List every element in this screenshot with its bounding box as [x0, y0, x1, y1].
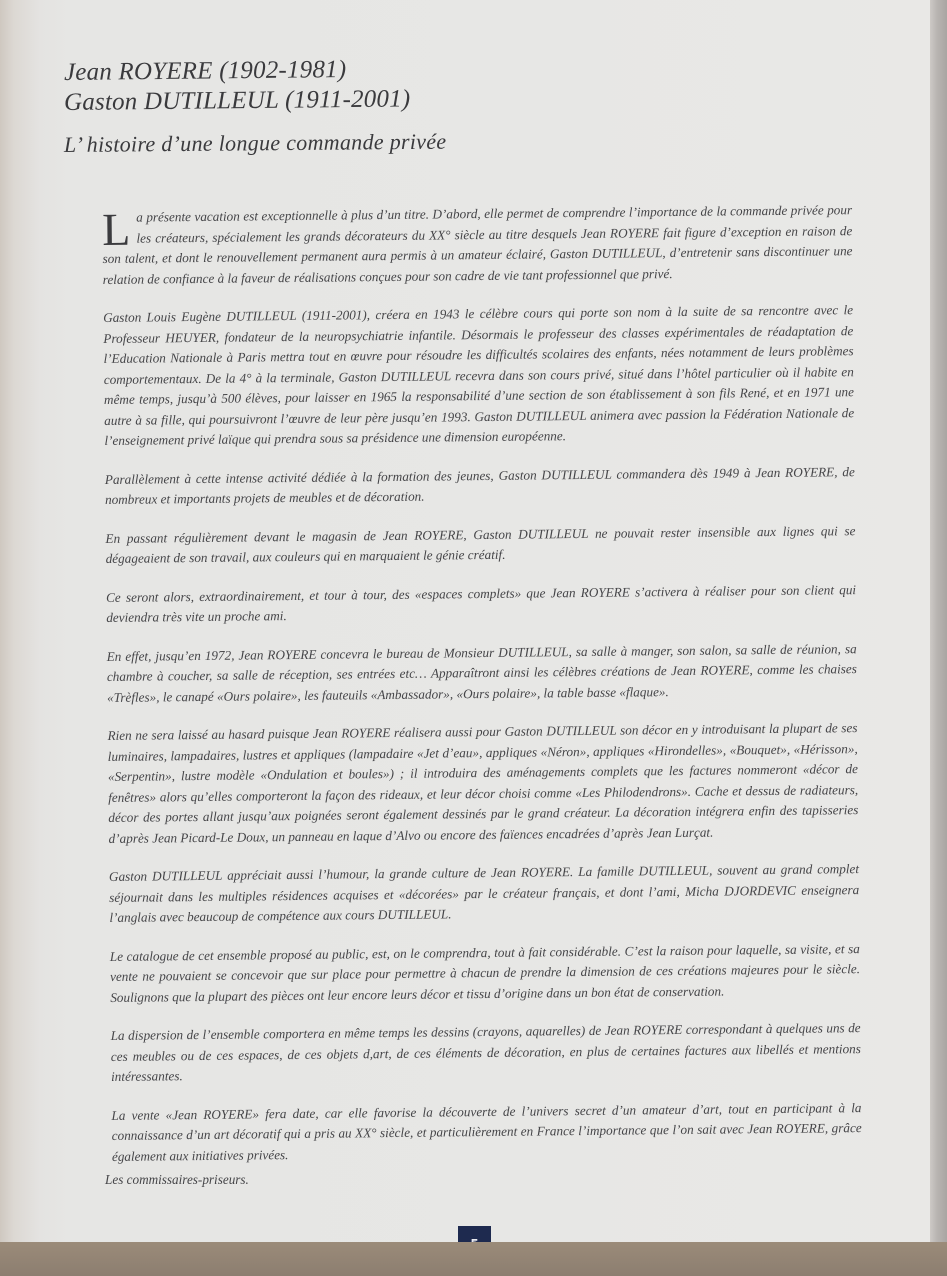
title-royere: Jean ROYERE (1902-1981) [64, 54, 447, 88]
catalogue-page: Jean ROYERE (1902-1981) Gaston DUTILLEUL… [0, 0, 930, 1248]
paragraph: Gaston Louis Eugène DUTILLEUL (1911-2001… [103, 300, 854, 451]
paragraph: Rien ne sera laissé au hasard puisque Je… [107, 718, 858, 849]
title-dutilleul: Gaston DUTILLEUL (1911-2001) [64, 84, 447, 118]
paragraph: La dispersion de l’ensemble comportera e… [111, 1018, 862, 1087]
paragraph: Gaston DUTILLEUL appréciait aussi l’humo… [109, 859, 860, 928]
paragraph: En effet, jusqu’en 1972, Jean ROYERE con… [107, 639, 858, 708]
page-subtitle: L’ histoire d’une longue commande privée [64, 129, 447, 158]
paragraph: Le catalogue de cet ensemble proposé au … [110, 939, 861, 1008]
page-header: Jean ROYERE (1902-1981) Gaston DUTILLEUL… [64, 58, 446, 158]
paragraph: Parallèlement à cette intense activité d… [105, 462, 855, 511]
signature: Les commissaires-priseurs. [105, 1172, 249, 1188]
paragraph: Ce seront alors, extraordinairement, et … [106, 580, 856, 629]
table-surface [0, 1242, 947, 1276]
page-edge-shadow [930, 0, 947, 1248]
drop-cap: L [102, 212, 130, 248]
article-body: La présente vacation est exceptionnelle … [102, 200, 862, 1185]
paragraph-intro: La présente vacation est exceptionnelle … [102, 200, 853, 290]
paragraph: La vente «Jean ROYERE» fera date, car el… [111, 1098, 862, 1167]
paragraph: En passant régulièrement devant le magas… [105, 521, 855, 570]
